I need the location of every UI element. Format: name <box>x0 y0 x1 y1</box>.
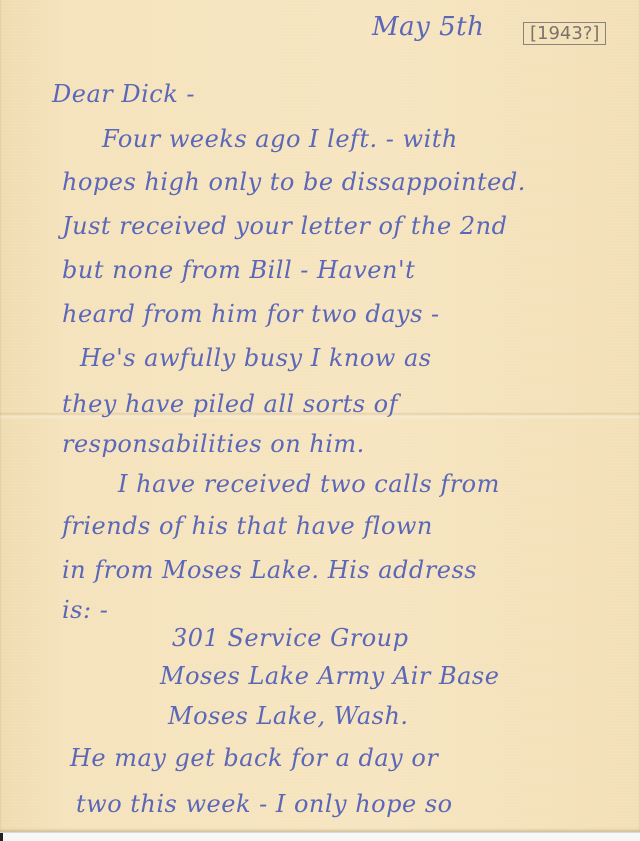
scan-bottom-edge <box>0 832 640 840</box>
salutation: Dear Dick - <box>52 80 195 108</box>
letter-page: May 5th [1943?] Dear Dick - Four weeks a… <box>0 0 640 832</box>
body-line: Four weeks ago I left. - with <box>102 125 458 153</box>
body-line: they have piled all sorts of <box>62 390 398 418</box>
body-line: He's awfully busy I know as <box>80 344 432 372</box>
body-line: I have received two calls from <box>118 470 500 498</box>
body-line: is: - <box>62 596 108 624</box>
body-line: Just received your letter of the 2nd <box>62 212 507 240</box>
date-annotation: [1943?] <box>523 22 606 45</box>
address-line: Moses Lake Army Air Base <box>160 662 499 690</box>
closing-line: two this week - I only hope so <box>76 790 453 818</box>
body-line: but none from Bill - Haven't <box>62 256 415 284</box>
body-line: responsabilities on him. <box>62 430 365 458</box>
body-line: heard from him for two days - <box>62 300 440 328</box>
body-line: friends of his that have flown <box>62 512 433 540</box>
address-line: Moses Lake, Wash. <box>168 702 409 730</box>
closing-line: He may get back for a day or <box>70 744 438 772</box>
address-line: 301 Service Group <box>172 624 408 652</box>
scan-corner-mark <box>0 833 3 840</box>
body-line: hopes high only to be dissappointed. <box>62 168 526 196</box>
letter-date: May 5th <box>372 12 484 42</box>
body-line: in from Moses Lake. His address <box>62 556 477 584</box>
